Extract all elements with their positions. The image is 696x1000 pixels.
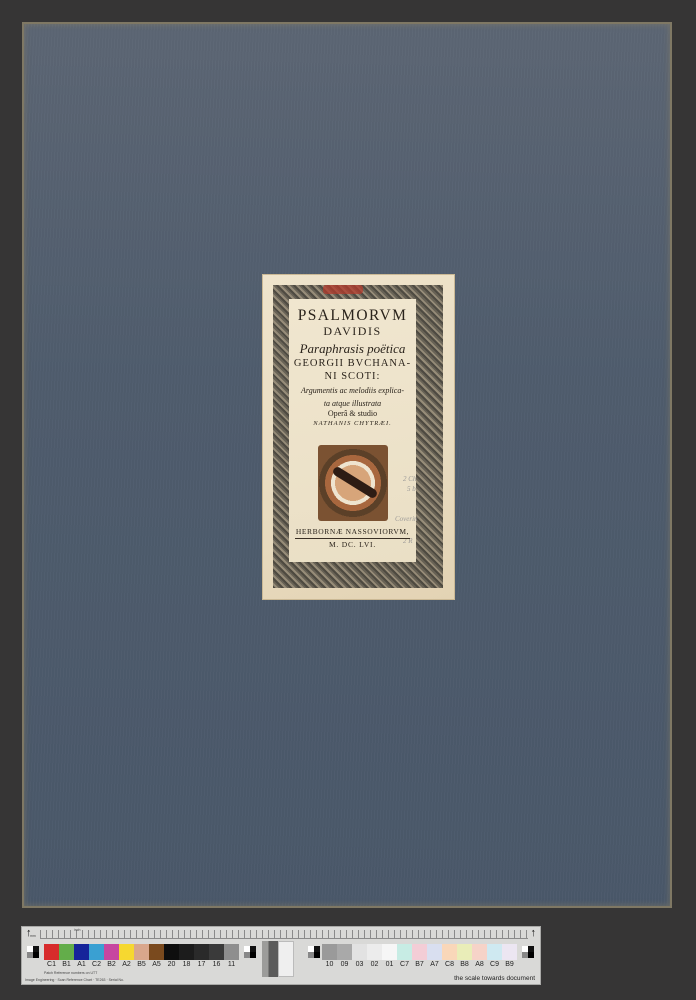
patch-label: 18 bbox=[179, 961, 194, 968]
subtitle-line-1: Argumentis ac melodiis explica- bbox=[289, 386, 416, 396]
color-patch bbox=[224, 944, 239, 960]
patch-label: 16 bbox=[209, 961, 224, 968]
color-patch bbox=[427, 944, 442, 960]
color-patch bbox=[352, 944, 367, 960]
patch-label: C8 bbox=[442, 961, 457, 968]
color-patch bbox=[442, 944, 457, 960]
color-patch bbox=[119, 944, 134, 960]
color-patch bbox=[457, 944, 472, 960]
patch-label: A7 bbox=[427, 961, 442, 968]
red-ornament bbox=[323, 285, 363, 294]
right-color-patches bbox=[322, 944, 517, 960]
ruler-unit: mm bbox=[30, 934, 36, 938]
editor-line-2: NATHANIS CHYTRÆI. bbox=[289, 419, 416, 428]
color-patch bbox=[74, 944, 89, 960]
patch-label: 10 bbox=[322, 961, 337, 968]
patch-label: A1 bbox=[74, 961, 89, 968]
patch-reference-note: Patch Reference numbers on UTT bbox=[44, 971, 97, 975]
patch-label: 03 bbox=[352, 961, 367, 968]
title-page: PSALMORVM DAVIDIS Paraphrasis poëtica GE… bbox=[263, 275, 454, 599]
patch-label: B9 bbox=[502, 961, 517, 968]
color-patch bbox=[134, 944, 149, 960]
patch-label: A2 bbox=[119, 961, 134, 968]
color-patch bbox=[209, 944, 224, 960]
color-patch bbox=[44, 944, 59, 960]
subtitle-line-2: ta atque illustrata bbox=[289, 399, 416, 409]
color-patch bbox=[89, 944, 104, 960]
author-line-1: GEORGII BVCHANA- bbox=[289, 357, 416, 370]
patch-label: A5 bbox=[149, 961, 164, 968]
color-patch bbox=[179, 944, 194, 960]
color-calibration-chart: ↑ ↑ mm inch C1 B1 A1 C2 B2 A2 B5 A5 20 1… bbox=[22, 927, 540, 984]
color-patch bbox=[397, 944, 412, 960]
color-patch bbox=[104, 944, 119, 960]
up-arrow-icon: ↑ bbox=[531, 927, 537, 939]
patch-label: 09 bbox=[337, 961, 352, 968]
mounting-board: PSALMORVM DAVIDIS Paraphrasis poëtica GE… bbox=[22, 22, 672, 908]
ruler-label: inch bbox=[74, 928, 80, 932]
patch-label: A8 bbox=[472, 961, 487, 968]
patch-label: 17 bbox=[194, 961, 209, 968]
patch-label: 02 bbox=[367, 961, 382, 968]
color-patch bbox=[367, 944, 382, 960]
color-patch bbox=[502, 944, 517, 960]
color-patch bbox=[59, 944, 74, 960]
ink-strike-mark bbox=[331, 465, 378, 499]
patch-label: 01 bbox=[382, 961, 397, 968]
checker-target bbox=[522, 946, 534, 958]
author-line-2: NI SCOTI: bbox=[289, 370, 416, 383]
patch-label: 11 bbox=[224, 961, 239, 968]
patch-label: B2 bbox=[104, 961, 119, 968]
imprint-block: HERBORNÆ NASSOVIORVM, M. DC. LVI. bbox=[289, 527, 416, 551]
patch-label: B1 bbox=[59, 961, 74, 968]
title-line-1: PSALMORVM bbox=[289, 307, 416, 324]
title-line-2: DAVIDIS bbox=[289, 324, 416, 338]
ruler-scale bbox=[40, 930, 528, 939]
left-color-patches bbox=[44, 944, 239, 960]
printer-device-emblem bbox=[318, 445, 388, 521]
chart-footer-note: Image Engineering · Scan Reference Chart… bbox=[25, 978, 124, 982]
color-patch bbox=[164, 944, 179, 960]
checker-target bbox=[244, 946, 256, 958]
patch-label: B8 bbox=[457, 961, 472, 968]
color-patch bbox=[382, 944, 397, 960]
color-patch bbox=[487, 944, 502, 960]
patch-label: C1 bbox=[44, 961, 59, 968]
color-patch bbox=[337, 944, 352, 960]
patch-label: C2 bbox=[89, 961, 104, 968]
pencil-note: 5 b bbox=[407, 485, 416, 493]
scale-orientation-note: the scale towards document bbox=[454, 975, 535, 982]
right-patch-labels: 10 09 03 02 01 C7 B7 A7 C8 B8 A8 C9 B9 bbox=[322, 961, 517, 968]
patch-label: B7 bbox=[412, 961, 427, 968]
checker-target bbox=[27, 946, 39, 958]
title-line-3: Paraphrasis poëtica bbox=[289, 340, 416, 357]
patch-label: 20 bbox=[164, 961, 179, 968]
editor-line-1: Operâ & studio bbox=[289, 409, 416, 419]
color-patch bbox=[149, 944, 164, 960]
pencil-note: Coverin bbox=[395, 515, 418, 523]
left-patch-labels: C1 B1 A1 C2 B2 A2 B5 A5 20 18 17 16 11 bbox=[44, 961, 239, 968]
grey-scale-strip bbox=[262, 941, 278, 977]
pencil-note: 2 Ch bbox=[403, 475, 416, 483]
imprint-place: HERBORNÆ NASSOVIORVM, bbox=[295, 527, 410, 539]
resolution-target bbox=[278, 941, 294, 977]
patch-label: C9 bbox=[487, 961, 502, 968]
patch-label: C7 bbox=[397, 961, 412, 968]
color-patch bbox=[194, 944, 209, 960]
patch-label: B5 bbox=[134, 961, 149, 968]
imprint-year: M. DC. LVI. bbox=[289, 539, 416, 551]
title-block: PSALMORVM DAVIDIS Paraphrasis poëtica GE… bbox=[289, 301, 416, 428]
color-patch bbox=[472, 944, 487, 960]
color-patch bbox=[412, 944, 427, 960]
color-patch bbox=[322, 944, 337, 960]
checker-target bbox=[308, 946, 320, 958]
